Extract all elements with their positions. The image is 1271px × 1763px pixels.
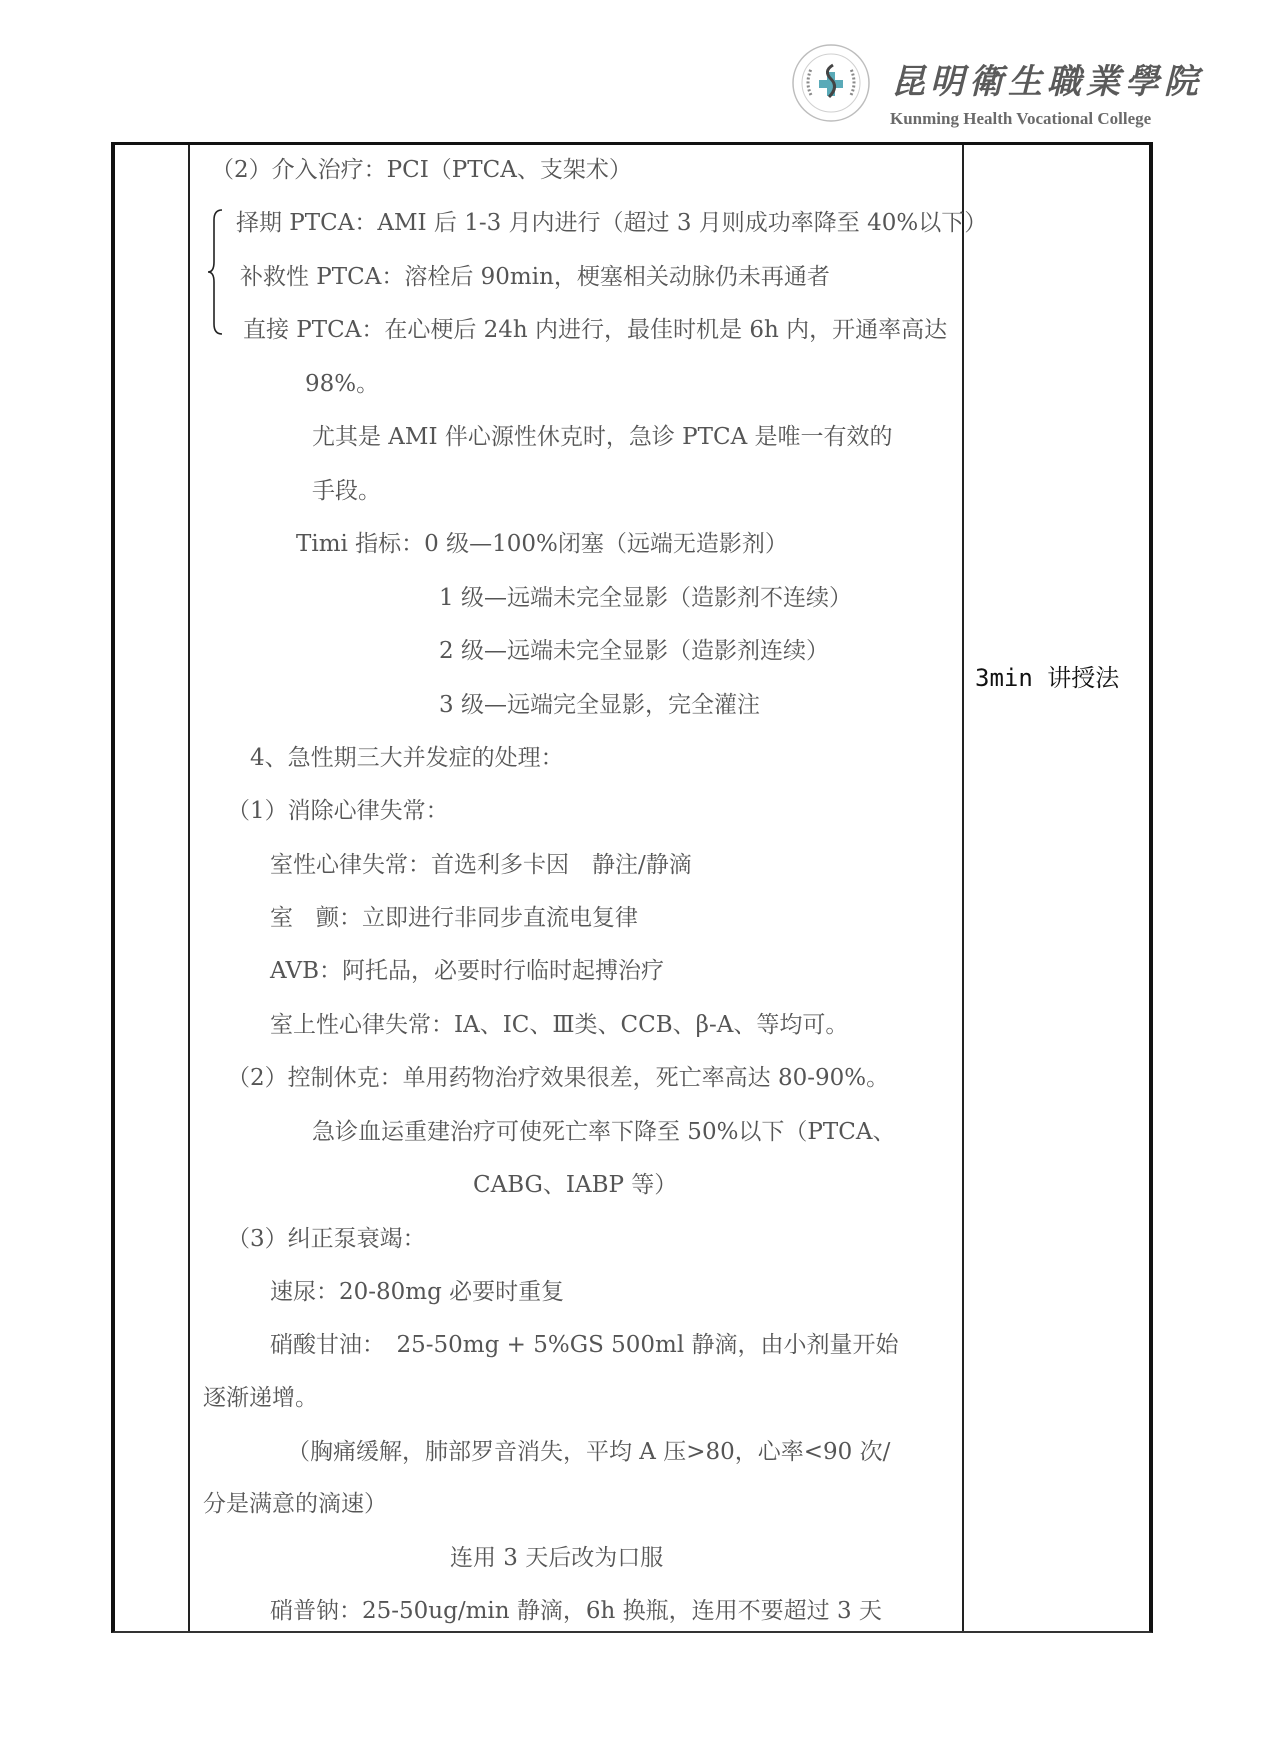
content-line: 98%。 bbox=[305, 369, 379, 399]
content-line: 手段。 bbox=[312, 476, 381, 506]
content-line: 3 级—远端完全显影，完全灌注 bbox=[439, 690, 760, 720]
column-divider-1 bbox=[188, 145, 190, 1631]
content-line: 2 级—远端未完全显影（造影剂连续） bbox=[439, 636, 829, 666]
college-logo: 昆明衛生職業學院 Kunming Health Vocational Colle… bbox=[791, 43, 1191, 129]
content-line: （1）消除心律失常： bbox=[227, 796, 449, 826]
content-line: 择期 PTCA：AMI 后 1-3 月内进行（超过 3 月则成功率降至 40%以… bbox=[236, 208, 987, 238]
college-name-english: Kunming Health Vocational College bbox=[890, 109, 1151, 129]
content-line: 1 级—远端未完全显影（造影剂不连续） bbox=[439, 583, 852, 613]
content-line: 室性心律失常：首选利多卡因 静注/静滴 bbox=[270, 850, 692, 880]
content-line: 分是满意的滴速） bbox=[203, 1489, 387, 1519]
content-line: 速尿：20-80mg 必要时重复 bbox=[270, 1277, 564, 1307]
column-divider-2 bbox=[962, 145, 964, 1631]
content-line: 连用 3 天后改为口服 bbox=[450, 1543, 663, 1573]
content-line: AVB：阿托品，必要时行临时起搏治疗 bbox=[270, 956, 664, 986]
content-line: 硝普钠：25-50ug/min 静滴，6h 换瓶，连用不要超过 3 天 bbox=[270, 1596, 882, 1626]
teaching-method: 3min 讲授法 bbox=[975, 663, 1119, 693]
content-line: 急诊血运重建治疗可使死亡率下降至 50%以下（PTCA、 bbox=[312, 1117, 895, 1147]
content-line: 室 颤：立即进行非同步直流电复律 bbox=[270, 903, 638, 933]
content-line: 室上性心律失常：ⅠA、ⅠC、Ⅲ类、CCB、β-A、等均可。 bbox=[270, 1010, 848, 1040]
content-line: 硝酸甘油： 25-50mg + 5%GS 500ml 静滴，由小剂量开始 bbox=[270, 1330, 899, 1360]
content-line: 补救性 PTCA：溶栓后 90min，梗塞相关动脉仍未再通者 bbox=[240, 262, 830, 292]
content-line: 逐渐递增。 bbox=[203, 1383, 318, 1413]
content-line: CABG、IABP 等） bbox=[473, 1170, 677, 1200]
content-line: Timi 指标：0 级—100%闭塞（远端无造影剂） bbox=[296, 529, 788, 559]
college-emblem-icon bbox=[791, 43, 871, 123]
content-line: 4、急性期三大并发症的处理： bbox=[250, 743, 564, 773]
content-line: （胸痛缓解，肺部罗音消失，平均 A 压>80，心率<90 次/ bbox=[287, 1437, 890, 1467]
content-line: 直接 PTCA：在心梗后 24h 内进行，最佳时机是 6h 内，开通率高达 bbox=[243, 315, 947, 345]
content-line: 尤其是 AMI 伴心源性休克时，急诊 PTCA 是唯一有效的 bbox=[312, 422, 893, 452]
brace-icon bbox=[206, 208, 226, 336]
content-line: （2）控制休克：单用药物治疗效果很差，死亡率高达 80-90%。 bbox=[227, 1063, 889, 1093]
content-line: （3）纠正泵衰竭： bbox=[227, 1224, 426, 1254]
content-line: （2）介入治疗：PCI（PTCA、支架术） bbox=[211, 155, 632, 185]
college-name-chinese: 昆明衛生職業學院 bbox=[891, 63, 1203, 101]
